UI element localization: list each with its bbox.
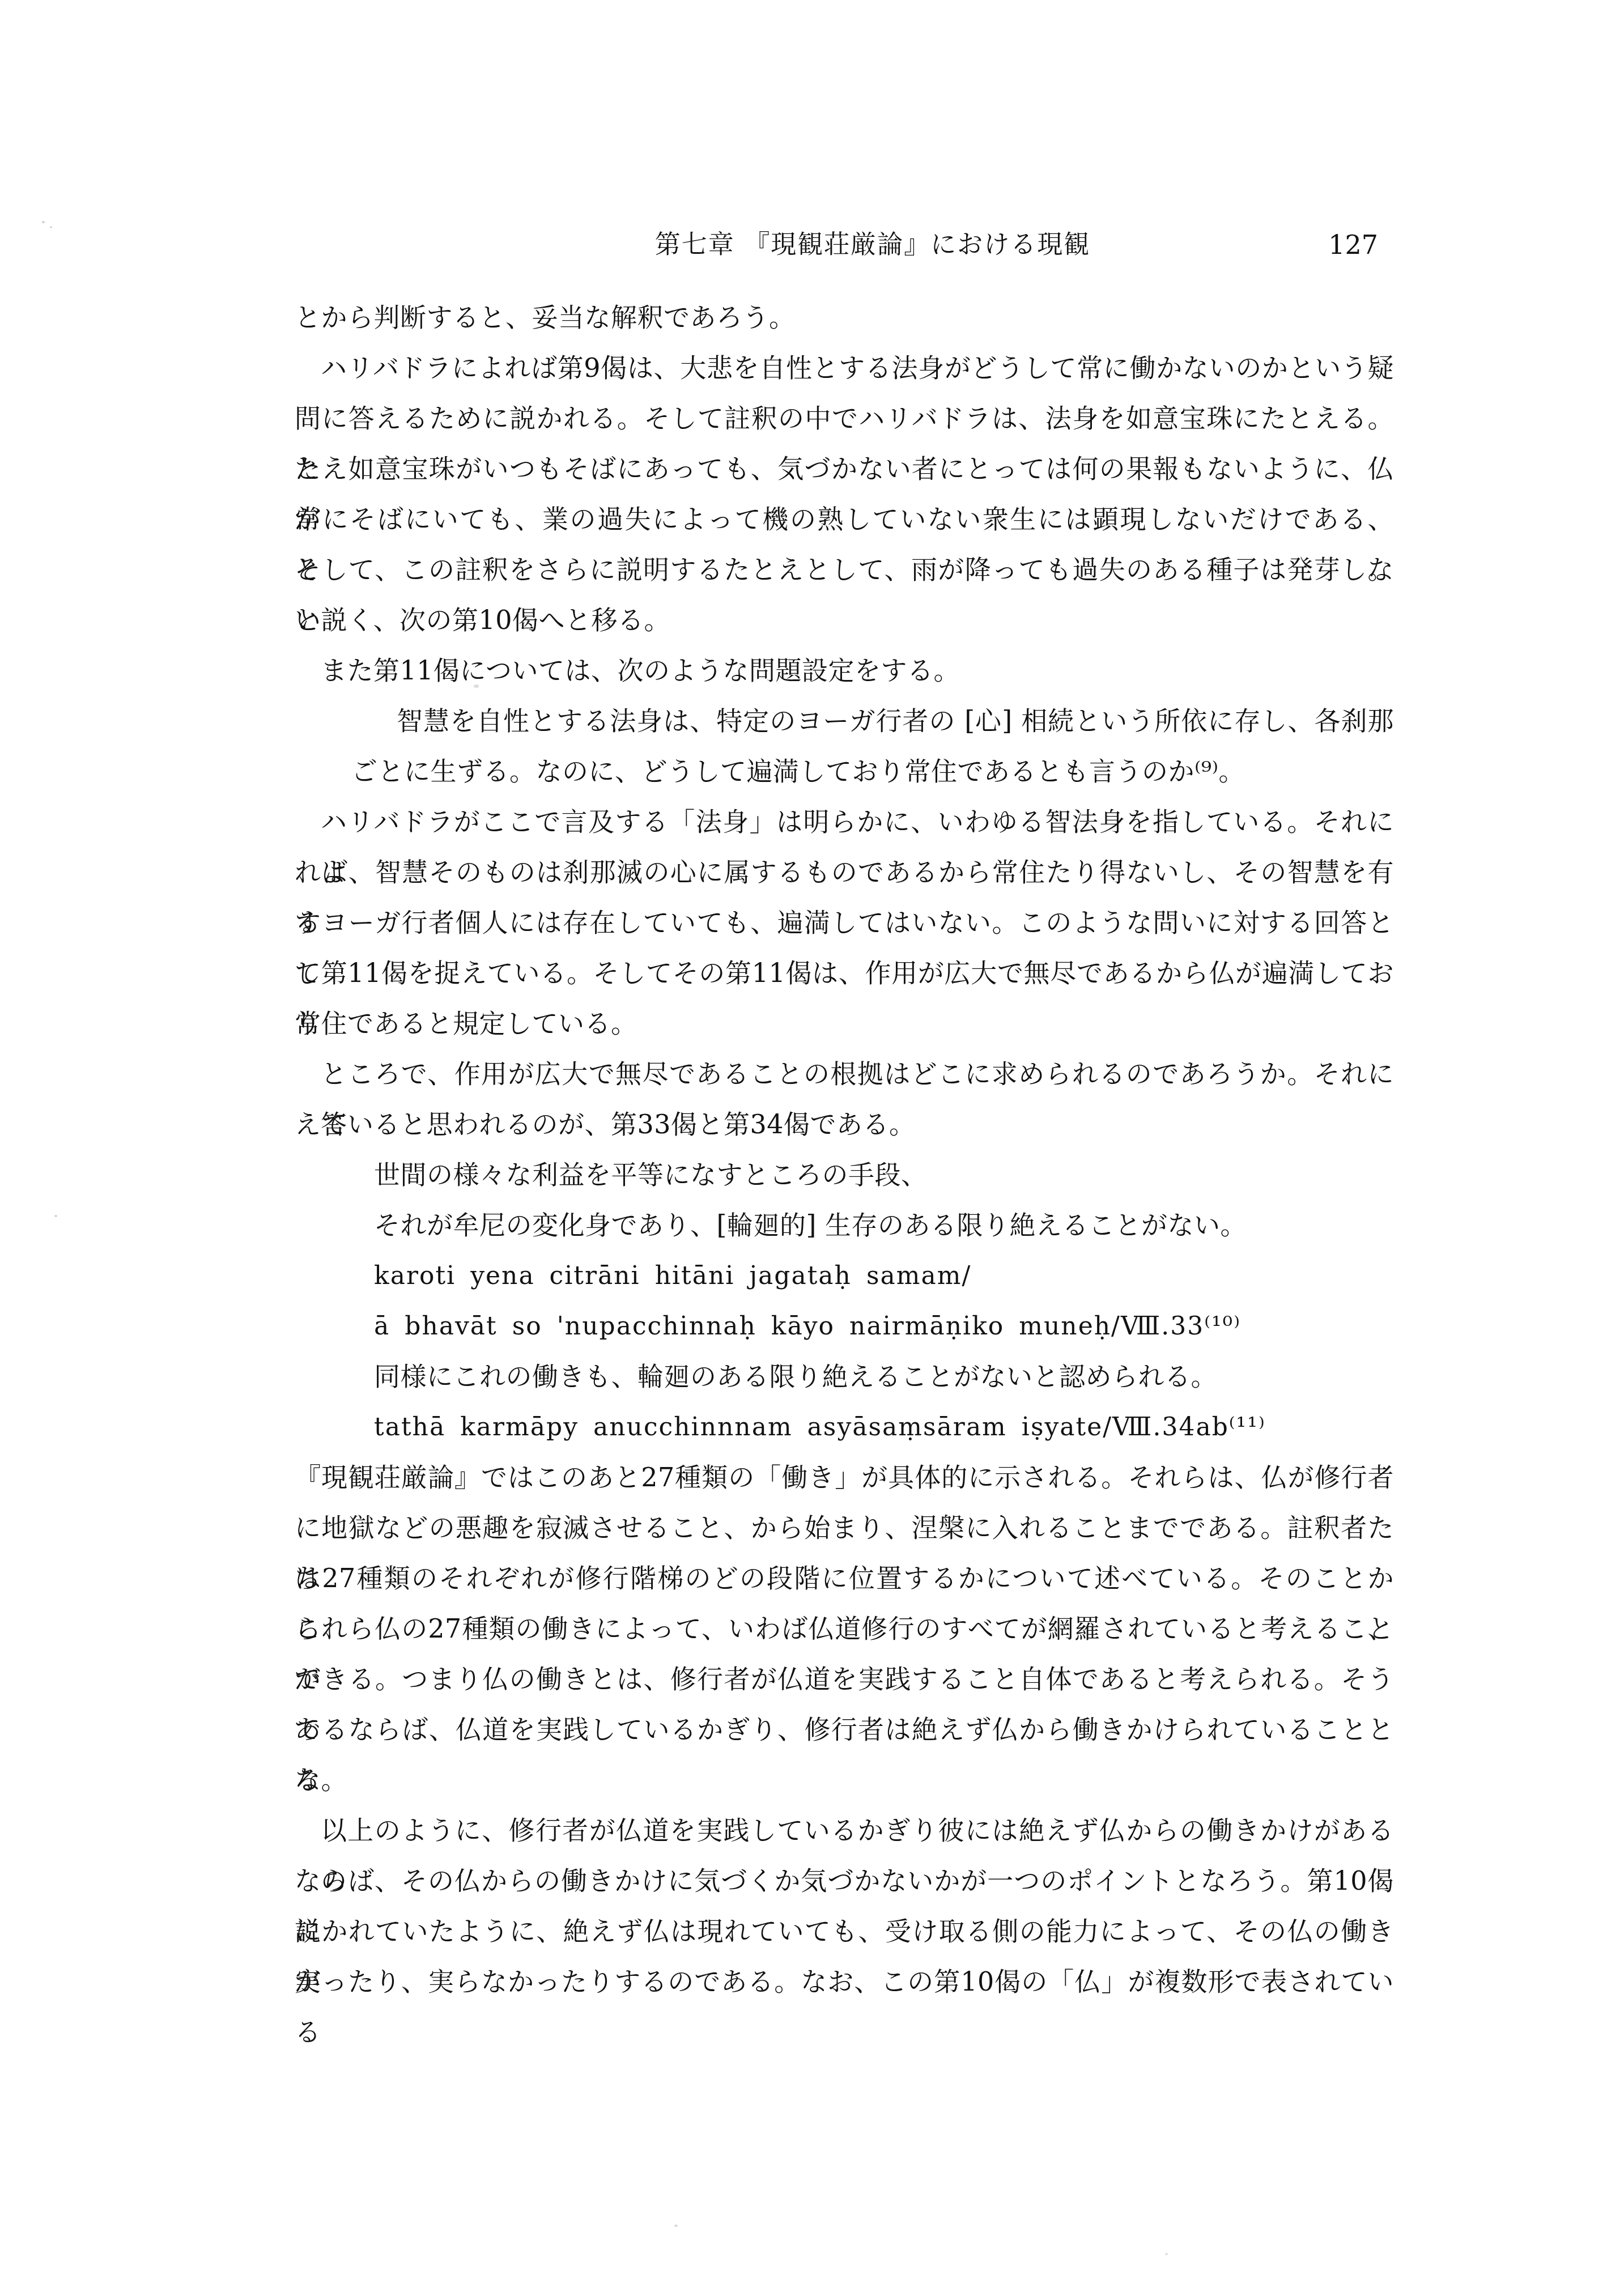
body-line: ところで、作用が広大で無尽であることの根拠はどこに求められるのであろうか。それに… (295, 1049, 1394, 1099)
body-line: えていると思われるのが、第33偈と第34偈である。 (295, 1099, 1394, 1150)
body-line: 常にそばにいても、業の過失によって機の熟していない衆生には顕現しないだけである、… (295, 494, 1394, 545)
scan-speck (674, 2225, 678, 2227)
page-number: 127 (1328, 227, 1378, 263)
scan-speck (42, 221, 45, 223)
body-line: あるならば、仏道を実践しているかぎり、修行者は絶えず仏から働きかけられていること… (295, 1704, 1394, 1755)
body-line: 同様にこれの働きも、輪廻のある限り絶えることがないと認められる。 (295, 1351, 1394, 1402)
body-line: それが牟尼の変化身であり、[輪廻的] 生存のある限り絶えることがない。 (295, 1200, 1394, 1251)
body-line: 以上のように、修行者が仏道を実践しているかぎり彼には絶えず仏からの働きかけがある… (295, 1805, 1394, 1856)
body-line: れば、智慧そのものは刹那滅の心に属するものであるから常住たり得ないし、その智慧を… (295, 847, 1394, 898)
body-line: そして、この註釈をさらに説明するたとえとして、雨が降っても過失のある種子は発芽し… (295, 545, 1394, 595)
body-line: るヨーガ行者個人には存在していても、遍満してはいない。このような問いに対する回答… (295, 898, 1394, 948)
body-line: と説く、次の第10偈へと移る。 (295, 595, 1394, 645)
body-line: とから判断すると、妥当な解釈であろう。 (295, 292, 1394, 343)
body-line: 世間の様々な利益を平等になすところの手段、 (295, 1150, 1394, 1200)
page-body: とから判断すると、妥当な解釈であろう。ハリバドラによれば第9偈は、大悲を自性とす… (295, 292, 1394, 2007)
chapter-title: 第七章 『現観荘厳論』における現観 (655, 227, 1090, 263)
body-line: は27種類のそれぞれが修行階梯のどの段階に位置するかについて述べている。そのこと… (295, 1553, 1394, 1604)
body-line: ならば、その仏からの働きかけに気づくか気づかないかが一つのポイントとなろう。第1… (295, 1856, 1394, 1906)
body-line: る。 (295, 1755, 1394, 1805)
body-line: できる。つまり仏の働きとは、修行者が仏道を実践すること自体であると考えられる。そ… (295, 1654, 1394, 1704)
body-line: ハリバドラによれば第9偈は、大悲を自性とする法身がどうして常に働かないのかという… (295, 343, 1394, 393)
scan-speck (474, 684, 479, 688)
body-line: に地獄などの悪趣を寂滅させること、から始まり、涅槃に入れることまでである。註釈者… (295, 1503, 1394, 1553)
body-line: 問に答えるために説かれる。そして註釈の中でハリバドラは、法身を如意宝珠にたとえる… (295, 393, 1394, 444)
body-line: とえ如意宝珠がいつもそばにあっても、気づかない者にとっては何の果報もないように、… (295, 444, 1394, 494)
body-line: ごとに生ずる。なのに、どうして遍満しており常住であるとも言うのか⁽⁹⁾。 (295, 746, 1394, 797)
scan-speck (50, 226, 52, 228)
body-line: ā bhavāt so 'nupacchinnaḥ kāyo nairmāṇik… (295, 1301, 1394, 1351)
scan-speck (1165, 2253, 1168, 2255)
scan-speck (54, 1215, 57, 1217)
body-line: ハリバドラがここで言及する「法身」は明らかに、いわゆる智法身を指している。それに… (295, 797, 1394, 847)
body-line: これら仏の27種類の働きによって、いわば仏道修行のすべてが網羅されていると考える… (295, 1604, 1394, 1654)
body-line: また第11偈については、次のような問題設定をする。 (295, 645, 1394, 696)
body-line: 説かれていたように、絶えず仏は現れていても、受け取る側の能力によって、その仏の働… (295, 1906, 1394, 1957)
body-line: 智慧を自性とする法身は、特定のヨーガ行者の [心] 相続という所依に存し、各刹那 (295, 696, 1394, 746)
body-line: 実ったり、実らなかったりするのである。なお、この第10偈の「仏」が複数形で表され… (295, 1957, 1394, 2007)
running-head: 第七章 『現観荘厳論』における現観 127 (295, 227, 1394, 263)
body-line: 常住であると規定している。 (295, 998, 1394, 1049)
body-line: て第11偈を捉えている。そしてその第11偈は、作用が広大で無尽であるから仏が遍満… (295, 948, 1394, 998)
body-line: 『現観荘厳論』ではこのあと27種類の「働き」が具体的に示される。それらは、仏が修… (295, 1452, 1394, 1503)
body-line: karoti yena citrāni hitāni jagataḥ samam… (295, 1251, 1394, 1301)
scanned-document-page: 第七章 『現観荘厳論』における現観 127 とから判断すると、妥当な解釈であろう… (0, 0, 1624, 2296)
body-line: tathā karmāpy anucchinnnam asyāsaṃsāram … (295, 1402, 1394, 1452)
